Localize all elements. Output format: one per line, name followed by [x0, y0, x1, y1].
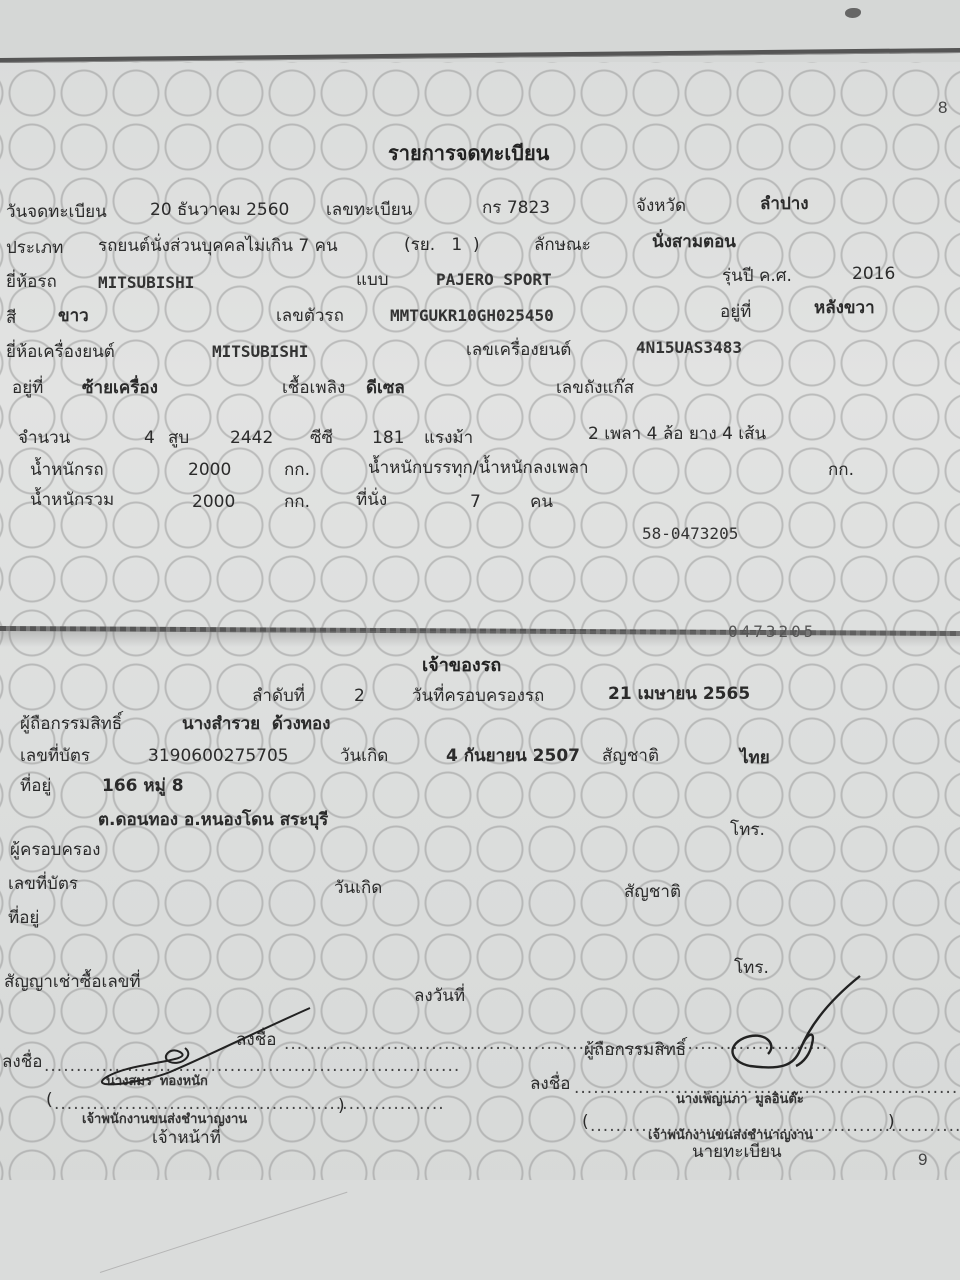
chassis-location-value: หลังขวา: [814, 298, 875, 318]
holder-sign-role: ผู้ถือกรรมสิทธิ์: [584, 1040, 686, 1060]
reg-date-value: 20 ธันวาคม 2560: [150, 200, 289, 220]
chassis-label: เลขตัวรถ: [276, 306, 344, 326]
officer-sign-label: ลงชื่อ: [2, 1052, 42, 1072]
gross-weight-unit: กก.: [284, 492, 310, 512]
type-label: ประเภท: [6, 238, 63, 258]
officer-signature-icon: [60, 1000, 320, 1100]
contract-number-label: สัญญาเช่าซื้อเลขที่: [4, 972, 141, 992]
weight-value: 2000: [188, 460, 231, 480]
seats-value: 7: [470, 492, 481, 512]
plate-value: กร 7823: [482, 198, 550, 218]
possession-date-value: 21 เมษายน 2565: [608, 684, 750, 704]
province-value: ลำปาง: [760, 194, 809, 214]
page-bottom-margin: [0, 1180, 960, 1280]
section-title-registration: รายการจดทะเบียน: [388, 143, 549, 163]
possession-date-label: วันที่ครอบครองรถ: [412, 686, 544, 706]
page-number-bottom: 9: [918, 1150, 927, 1170]
axles-wheels-tires: 2 เพลา 4 ล้อ ยาง 4 เส้น: [588, 424, 766, 444]
cc-unit: ซีซี: [310, 428, 333, 448]
weight-label: น้ำหนักรถ: [30, 460, 104, 480]
fuel-label: เชื้อเพลิง: [282, 378, 345, 398]
owner-birth-label: วันเกิด: [340, 746, 388, 766]
owner-order-value: 2: [354, 686, 365, 706]
engine-no-label: เลขเครื่องยนต์: [466, 340, 571, 360]
engine-location-label: อยู่ที่: [12, 378, 43, 398]
owner-order-label: ลำดับที่: [252, 686, 305, 706]
color-value: ขาว: [58, 306, 89, 326]
type-code: (รย. 1 ): [404, 235, 480, 255]
possessor-label: ผู้ครอบครอง: [10, 840, 100, 860]
owner-nationality-label: สัญชาติ: [602, 746, 659, 766]
chassis-location-label: อยู่ที่: [720, 302, 751, 322]
model-value: PAJERO SPORT: [436, 270, 552, 290]
owner-phone-label: โทร.: [730, 820, 765, 840]
possessor-address-label: ที่อยู่: [8, 908, 39, 928]
hp-unit: แรงม้า: [424, 428, 473, 448]
fuel-value: ดีเซล: [366, 378, 405, 398]
registrar-paren-open: (: [582, 1112, 589, 1132]
hp-value: 181: [372, 428, 404, 448]
brand-value: MITSUBISHI: [98, 273, 194, 293]
document-serial: 58-0473205: [642, 524, 738, 544]
owner-address-line1: 166 หมู่ 8: [102, 776, 184, 796]
load-unit: กก.: [828, 460, 854, 480]
cylinders-value: 4: [144, 428, 155, 448]
registrar-paren-close: ): [888, 1112, 895, 1132]
officer-position: เจ้าพนักงานขนส่งชำนาญงาน: [82, 1110, 247, 1130]
section-title-owner: เจ้าของรถ: [422, 656, 501, 676]
holder-label: ผู้ถือกรรมสิทธิ์: [20, 714, 122, 734]
owner-address-line2: ต.ดอนทอง อ.หนองโดน สระบุรี: [98, 810, 328, 830]
gas-tank-label: เลขถังแก๊ส: [556, 378, 634, 398]
type-value: รถยนต์นั่งส่วนบุคคลไม่เกิน 7 คน: [98, 236, 338, 256]
model-label: แบบ: [356, 270, 389, 290]
perforation-serial: 0473205: [728, 622, 816, 641]
cc-value: 2442: [230, 428, 273, 448]
holder-name: นางสำรวย ด้วงทอง: [182, 714, 330, 734]
registrar-sign-label: ลงชื่อ: [530, 1074, 570, 1094]
color-label: สี: [6, 308, 16, 328]
province-label: จังหวัด: [636, 196, 686, 216]
style-label: ลักษณะ: [534, 235, 591, 255]
count-label: จำนวน: [18, 428, 70, 448]
registrar-signature-icon: [720, 970, 870, 1080]
cylinders-unit: สูบ: [168, 428, 189, 448]
model-year-label: รุ่นปี ค.ศ.: [722, 266, 792, 286]
seats-label: ที่นั่ง: [356, 490, 387, 510]
owner-id-value: 3190600275705: [148, 746, 289, 766]
model-year-value: 2016: [852, 264, 895, 284]
registrar-name: นางเพ็ญนภา มูลอินต๊ะ: [676, 1090, 804, 1110]
chassis-value: MMTGUKR10GH025450: [390, 306, 554, 326]
owner-id-label: เลขที่บัตร: [20, 746, 90, 766]
registrar-role: นายทะเบียน: [692, 1142, 782, 1162]
seats-unit: คน: [530, 492, 553, 512]
page-number-top: 8: [938, 98, 947, 118]
brand-label: ยี่ห้อรถ: [6, 272, 57, 292]
owner-address-label: ที่อยู่: [20, 776, 51, 796]
officer-paren-open: (: [46, 1090, 53, 1110]
reg-date-label: วันจดทะเบียน: [6, 202, 107, 222]
engine-location-value: ซ้ายเครื่อง: [82, 378, 158, 398]
engine-no-value: 4N15UAS3483: [636, 338, 742, 358]
weight-unit: กก.: [284, 460, 310, 480]
possessor-birth-label: วันเกิด: [334, 878, 382, 898]
possessor-id-label: เลขที่บัตร: [8, 874, 78, 894]
engine-brand-label: ยี่ห้อเครื่องยนต์: [6, 342, 115, 362]
owner-nationality-value: ไทย: [740, 748, 770, 768]
plate-label: เลขทะเบียน: [326, 200, 412, 220]
load-label: น้ำหนักบรรทุก/น้ำหนักลงเพลา: [368, 458, 589, 478]
officer-role: เจ้าหน้าที่: [152, 1128, 221, 1148]
possessor-nationality-label: สัญชาติ: [624, 882, 681, 902]
owner-birth-value: 4 กันยายน 2507: [446, 746, 580, 766]
gross-weight-label: น้ำหนักรวม: [30, 490, 114, 510]
engine-brand-value: MITSUBISHI: [212, 342, 308, 362]
contract-date-label: ลงวันที่: [414, 986, 465, 1006]
gross-weight-value: 2000: [192, 492, 235, 512]
officer-paren-close: ): [338, 1096, 345, 1116]
style-value: นั่งสามตอน: [652, 232, 736, 252]
